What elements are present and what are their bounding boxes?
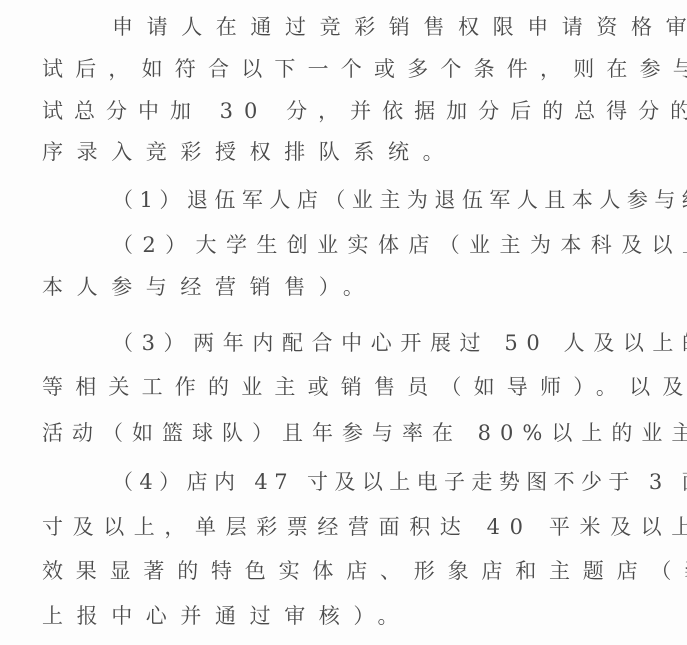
text-line: 上报中心并通过审核）。: [42, 601, 652, 631]
document-page: 申请人在通过竞彩销售权限申请资格审核和线上平台学习考 试后，如符合以下一个或多个…: [0, 0, 687, 645]
text-line: 效果显著的特色实体店、形象店和主题店（装修设计方案需事先: [42, 556, 652, 586]
text-line: （2）大学生创业实体店（业主为本科及以上应届毕业生，且: [112, 230, 687, 260]
text-line: 寸及以上，单层彩票经营面积达 40 平米及以上，灯光设计和布置: [42, 512, 652, 542]
text-line: 本人参与经营销售）。: [42, 272, 652, 302]
text-line: 活动（如篮球队）且年参与率在 80%以上的业主或销售员。: [42, 418, 652, 448]
text-line: （4）店内 47 寸及以上电子走势图不少于 3 面，观赛电视 60: [112, 467, 687, 497]
text-line: 序录入竞彩授权排队系统。: [42, 137, 652, 167]
text-line: 试总分中加 30 分，并依据加分后的总得分的高低进行排名后按顺: [42, 96, 652, 126]
text-line: 等相关工作的业主或销售员（如导师）。以及参加中心组织的相关: [42, 372, 652, 402]
text-line: （1）退伍军人店（业主为退伍军人且本人参与经营销售）。: [112, 185, 687, 215]
text-line: 申请人在通过竞彩销售权限申请资格审核和线上平台学习考: [112, 12, 687, 42]
text-line: （3）两年内配合中心开展过 50 人及以上的线下、线上培训: [112, 328, 687, 358]
text-line: 试后，如符合以下一个或多个条件，则在参与分中心组织的笔面: [42, 54, 652, 84]
